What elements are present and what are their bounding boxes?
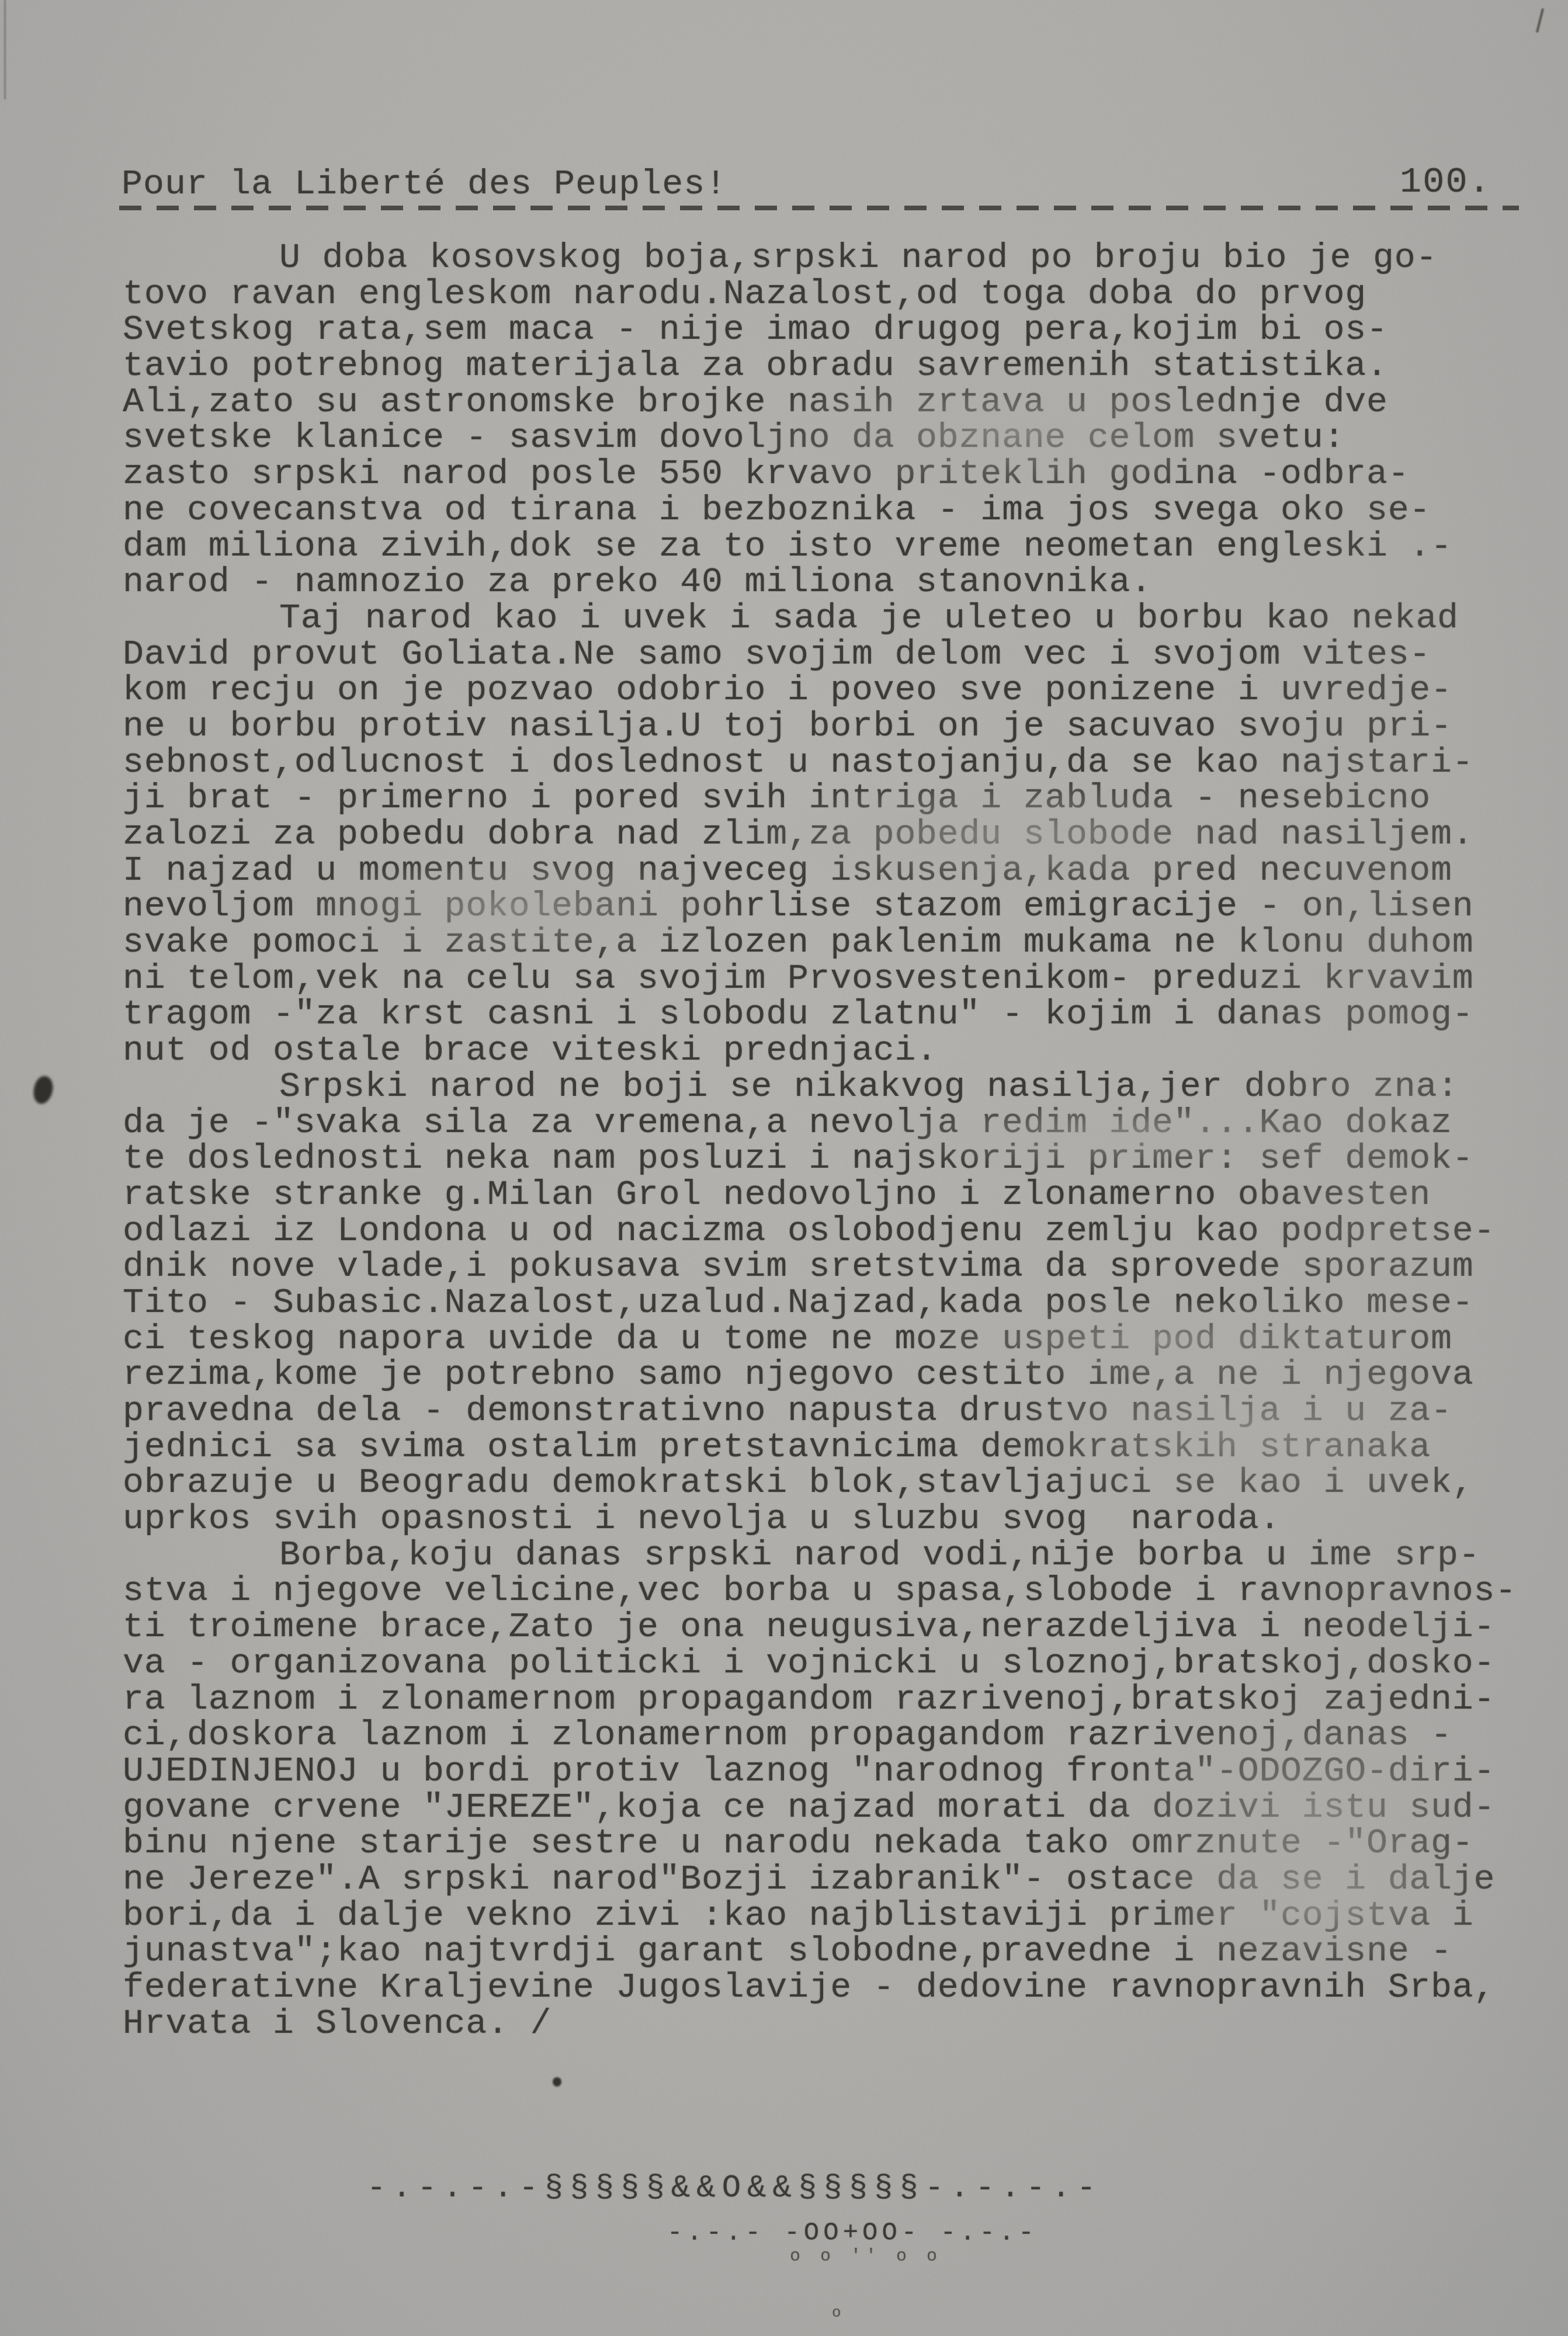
scan-edge-mark (4, 0, 6, 99)
text-line: tovo ravan engleskom narodu.Nazalost,od … (123, 277, 1554, 313)
text-line: zasto srpski narod posle 550 krvavo prit… (123, 457, 1554, 493)
text-line: obrazuje u Beogradu demokratski blok,sta… (123, 1466, 1554, 1502)
text-line: sebnost,odlucnost i doslednost u nastoja… (123, 745, 1554, 782)
page-title: Pour la Liberté des Peuples! (122, 165, 727, 204)
page-number: 100. (1400, 161, 1491, 203)
ink-speck-below-text (553, 2077, 561, 2087)
text-line: jednici sa svima ostalim pretstavnicima … (123, 1430, 1554, 1466)
text-line: ne Jereze".A srpski narod"Bozji izabrani… (123, 1862, 1554, 1898)
text-line: Tito - Subasic.Nazalost,uzalud.Najzad,ka… (123, 1286, 1554, 1322)
text-line: dnik nove vlade,i pokusava svim sretstvi… (123, 1249, 1554, 1286)
text-line: te doslednosti neka nam posluzi i najsko… (123, 1141, 1554, 1178)
text-line: stva i njegove velicine,vec borba u spas… (123, 1574, 1554, 1610)
footer-ornament-row-4: o (832, 2304, 841, 2321)
text-line: pravedna dela - demonstrativno napusta d… (123, 1394, 1554, 1430)
text-line: uprkos svih opasnosti i nevolja u sluzbu… (123, 1502, 1554, 1538)
text-line: ni telom,vek na celu sa svojim Prvosvest… (123, 962, 1554, 998)
footer-ornament-row-3: o o '' o o (790, 2247, 942, 2266)
text-line: bori,da i dalje vekno zivi :kao najblist… (123, 1898, 1554, 1935)
text-line: nevoljom mnogi pokolebani pohrlise stazo… (123, 889, 1554, 925)
footer-ornament-row-2: -.-.- -OO+OO- -.-.- (667, 2219, 1038, 2248)
text-line: svetske klanice - sasvim dovoljno da obz… (123, 421, 1554, 457)
text-line: Hrvata i Slovenca. / (123, 2007, 1554, 2043)
footer-ornament-row-1: -.-.-.-§§§§§&&O&&§§§§§-.-.-.- (367, 2171, 1102, 2206)
text-line: David provut Goliata.Ne samo svojim delo… (123, 637, 1554, 674)
text-line: Srpski narod ne boji se nikakvog nasilja… (123, 1070, 1554, 1106)
text-line: rezima,kome je potrebno samo njegovo ces… (123, 1358, 1554, 1394)
text-line: govane crvene "JEREZE",koja ce najzad mo… (123, 1790, 1554, 1827)
text-line: kom recju on je pozvao odobrio i poveo s… (123, 673, 1554, 709)
text-line: ti troimene brace,Zato je ona neugusiva,… (123, 1610, 1554, 1646)
text-line: tavio potrebnog materijala za obradu sav… (123, 349, 1554, 385)
ink-speck-top-right (1536, 8, 1544, 33)
text-line: svake pomoci i zastite,a izlozen pakleni… (123, 925, 1554, 962)
text-line: Svetskog rata,sem maca - nije imao drugo… (123, 313, 1554, 349)
text-line: ra laznom i zlonamernom propagandom razr… (123, 1682, 1554, 1719)
text-line: da je -"svaka sila za vremena,a nevolja … (123, 1106, 1554, 1142)
text-line: ci,doskora laznom i zlonamernom propagan… (123, 1718, 1554, 1754)
text-line: dam miliona zivih,dok se za to isto vrem… (123, 529, 1554, 565)
text-line: ratske stranke g.Milan Grol nedovoljno i… (123, 1178, 1554, 1214)
text-line: I najzad u momentu svog najveceg iskusen… (123, 853, 1554, 890)
text-line: ne covecanstva od tirana i bezboznika - … (123, 493, 1554, 529)
scanned-document-page: Pour la Liberté des Peuples! 100. U doba… (0, 0, 1568, 2336)
text-line: ne u borbu protiv nasilja.U toj borbi on… (123, 709, 1554, 745)
document-body: U doba kosovskog boja,srpski narod po br… (123, 241, 1554, 2042)
text-line: Borba,koju danas srpski narod vodi,nije … (123, 1538, 1554, 1574)
text-line: va - organizovana politicki i vojnicki u… (123, 1646, 1554, 1682)
text-line: zalozi za pobedu dobra nad zlim,za pobed… (123, 817, 1554, 853)
text-line: narod - namnozio za preko 40 miliona sta… (123, 565, 1554, 601)
text-line: binu njene starije sestre u narodu nekad… (123, 1826, 1554, 1862)
text-line: ji brat - primerno i pored svih intriga … (123, 781, 1554, 817)
text-line: UJEDINJENOJ u bordi protiv laznog "narod… (123, 1754, 1554, 1790)
text-line: odlazi iz Londona u od nacizma oslobodje… (123, 1214, 1554, 1250)
header-dashed-underline (119, 206, 1519, 210)
text-line: junastva";kao najtvrdji garant slobodne,… (123, 1934, 1554, 1970)
text-line: Taj narod kao i uvek i sada je uleteo u … (123, 601, 1554, 637)
ink-blot-left-margin (32, 1075, 54, 1105)
text-line: U doba kosovskog boja,srpski narod po br… (123, 241, 1554, 277)
text-line: ci teskog napora uvide da u tome ne moze… (123, 1322, 1554, 1358)
text-line: tragom -"za krst casni i slobodu zlatnu"… (123, 997, 1554, 1033)
text-line: nut od ostale brace viteski prednjaci. (123, 1033, 1554, 1070)
text-line: federativne Kraljevine Jugoslavije - ded… (123, 1970, 1554, 2007)
text-line: Ali,zato su astronomske brojke nasih zrt… (123, 385, 1554, 421)
